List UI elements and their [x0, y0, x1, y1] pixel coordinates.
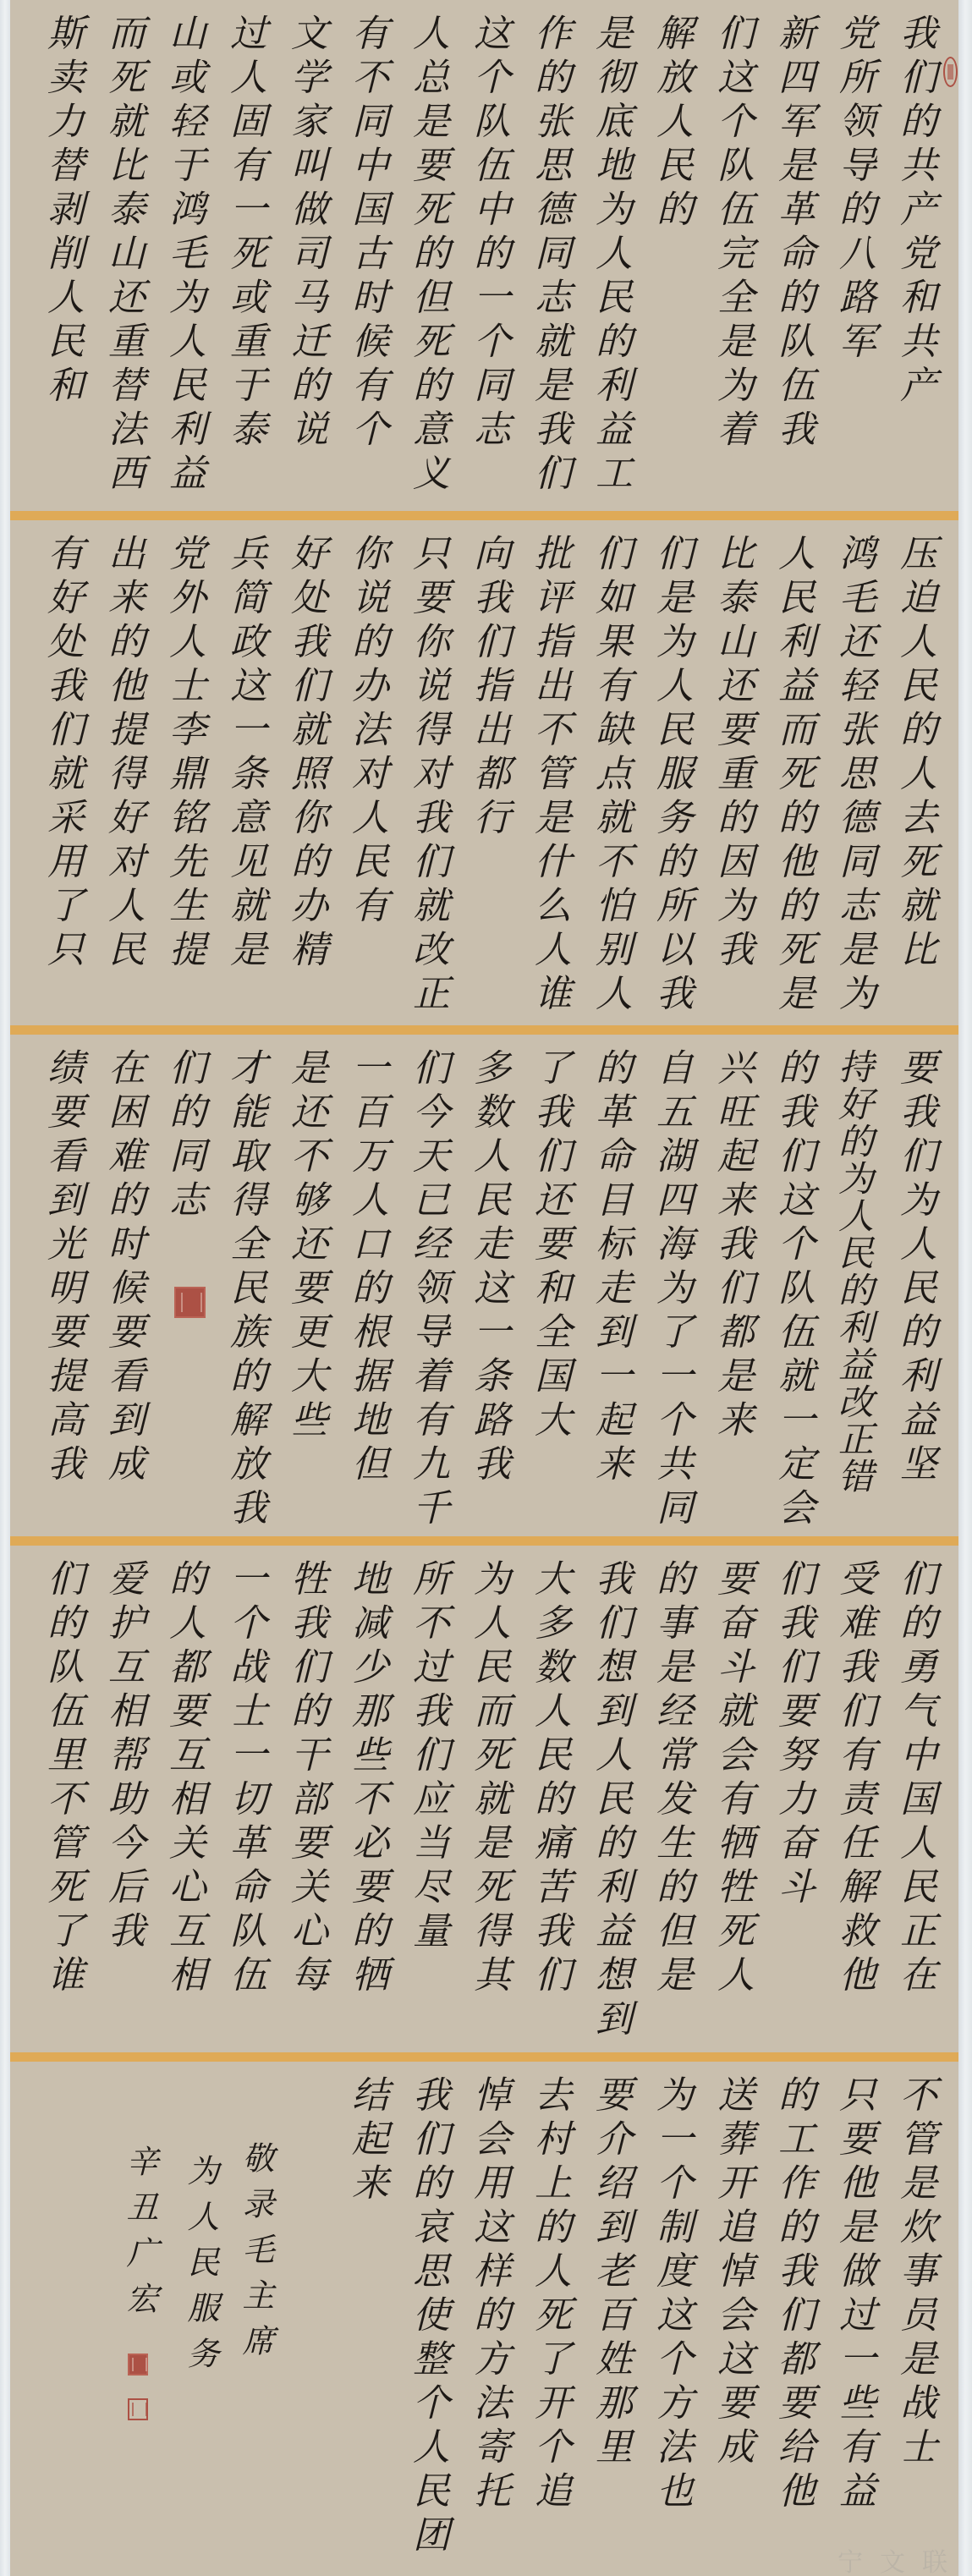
calligraphy-paper: 我们的共产党和共产 党所领导的八路军 新四军是革命的队伍我 们这个队伍完全是为着… [10, 0, 958, 2576]
text-column: 们的队伍里不管死了谁 [31, 1559, 92, 2052]
panel-4: 们的勇气中国人民正在 受难我们有责任解救他 们我们要努力奋斗 要奋斗就会有牺牲死… [10, 1546, 958, 2052]
text-column: 压迫人民的人去死就比 [884, 534, 945, 1025]
text-column: 们是为人民服务的所以我 [640, 534, 701, 1025]
text-column: 自五湖四海为了一个共同 [640, 1048, 701, 1536]
divider-band [10, 1025, 958, 1035]
text-column: 悼会用这样的方法寄托 [458, 2075, 519, 2576]
name-seal-outline-icon [128, 2398, 148, 2420]
text-column: 我们的哀思使整个人民团 [397, 2075, 458, 2576]
text-column: 是还不够还要更大些 [275, 1048, 336, 1536]
text-column: 们我们要努力奋斗 [762, 1559, 823, 2052]
text-column: 的革命目标走到一起来 [579, 1048, 640, 1536]
text-column: 的人都要互相关心互相 [153, 1559, 214, 2052]
text-column: 持好的为人民的利益改正错 [823, 1048, 884, 1536]
text-column: 有不同中国古时候有个 [336, 14, 397, 511]
text-column: 们如果有缺点就不怕别人 [579, 534, 640, 1025]
text-column: 鸿毛还轻张思德同志是为 [823, 534, 884, 1025]
text-column: 在困难的时候要看到成 [92, 1048, 153, 1536]
text-column: 文学家叫做司马迁的说 [275, 14, 336, 511]
text-column: 的工作的我们都要给他 [762, 2075, 823, 2576]
text-column: 爱护互相帮助今后我 [92, 1559, 153, 2052]
text-column: 要介绍到老百姓那里 [579, 2075, 640, 2576]
panel-1: 我们的共产党和共产 党所领导的八路军 新四军是革命的队伍我 们这个队伍完全是为着… [10, 0, 958, 511]
text-column: 多数人民走这一条路我 [458, 1048, 519, 1536]
text-column: 们的勇气中国人民正在 [884, 1559, 945, 2052]
text-column: 的事是经常发生的但是 [640, 1559, 701, 2052]
text-column: 大多数人民的痛苦我们 [519, 1559, 579, 2052]
scroll-photo: 我们的共产党和共产 党所领导的八路军 新四军是革命的队伍我 们这个队伍完全是为着… [0, 0, 972, 2576]
divider-band [10, 511, 958, 520]
text-column: 绩要看到光明要提高我 [31, 1048, 92, 1536]
text-column: 只要你说得对我们就改正 [397, 534, 458, 1025]
text-column: 要我们为人民的利益坚 [884, 1048, 945, 1536]
text-column: 党所领导的八路军 [823, 14, 884, 511]
panel-2: 压迫人民的人去死就比 鸿毛还轻张思德同志是为 人民利益而死的他的死是 比泰山还要… [10, 520, 958, 1025]
text-column: 才能取得全民族的解放我 [214, 1048, 275, 1536]
text-column: 结起来 [336, 2075, 397, 2576]
text-column: 党外人士李鼎铭先生提 [153, 534, 214, 1025]
seal-icon [174, 1287, 206, 1318]
divider-band [10, 2052, 958, 2062]
text-column: 新四军是革命的队伍我 [762, 14, 823, 511]
text-column: 的我们这个队伍就一定会 [762, 1048, 823, 1536]
text-column: 我们想到人民的利益想到 [579, 1559, 640, 2052]
text-column: 去村上的人死了开个追 [519, 2075, 579, 2576]
divider-band [10, 1536, 958, 1546]
inscription-signature: 辛丑广宏 [118, 2145, 162, 2327]
frame-edge [958, 0, 972, 2576]
text-column: 只要他是做过一些有益 [823, 2075, 884, 2576]
text-column: 你说的办法对人民有 [336, 534, 397, 1025]
text-column: 受难我们有责任解救他 [823, 1559, 884, 2052]
name-seal-icon [128, 2354, 148, 2376]
text-column: 们这个队伍完全是为着 [701, 14, 762, 511]
inscription-title: 为人民服务 [178, 2154, 222, 2382]
text-column: 地减少那些不必要的牺 [336, 1559, 397, 2052]
text-column: 所不过我们应当尽量 [397, 1559, 458, 2052]
text-column: 要奋斗就会有牺牲死人 [701, 1559, 762, 2052]
text-column: 兴旺起来我们都是来 [701, 1048, 762, 1536]
text-column: 出来的他提得好对人民 [92, 534, 153, 1025]
text-column: 解放人民的 [640, 14, 701, 511]
text-column: 们今天已经领导着有九千 [397, 1048, 458, 1536]
text-column: 有好处我们就采用了只 [31, 534, 92, 1025]
text-column: 送葬开追悼会这要成 [701, 2075, 762, 2576]
panel-3: 要我们为人民的利益坚 持好的为人民的利益改正错 的我们这个队伍就一定会 兴旺起来… [10, 1035, 958, 1536]
text-column: 是彻底地为人民的利益工 [579, 14, 640, 511]
text-column: 过人固有一死或重于泰 [214, 14, 275, 511]
text-column: 好处我们就照你的办精 [275, 534, 336, 1025]
text-column: 人总是要死的但死的意义 [397, 14, 458, 511]
text-column: 为人民而死就是死得其 [458, 1559, 519, 2052]
text-column: 向我们指出都行 [458, 534, 519, 1025]
text-column: 不管是炊事员是战士 [884, 2075, 945, 2576]
text-column: 我们的共产党和共产 [884, 14, 945, 511]
text-column: 牲我们的干部要关心每 [275, 1559, 336, 2052]
text-column: 一个战士一切革命队伍 [214, 1559, 275, 2052]
text-column: 比泰山还要重的因为我 [701, 534, 762, 1025]
text-column: 批评指出不管是什么人谁 [519, 534, 579, 1025]
text-column: 而死就比泰山还重替法西 [92, 14, 153, 511]
text-column: 为一个制度这个方法也 [640, 2075, 701, 2576]
text-column: 作的张思德同志就是我们 [519, 14, 579, 511]
text-column: 兵简政这一条意见就是 [214, 534, 275, 1025]
text-column: 山或轻于鸿毛为人民利益 [153, 14, 214, 511]
text-column: 斯卖力替剥削人民和 [31, 14, 92, 511]
watermark: 宁文联 [837, 2541, 958, 2576]
text-column: 了我们还要和全国大 [519, 1048, 579, 1536]
text-column: 人民利益而死的他的死是 [762, 534, 823, 1025]
inscription-dedication: 敬录毛主席 [233, 2141, 277, 2370]
text-column: 一百万人口的根据地但 [336, 1048, 397, 1536]
text-column: 这个队伍中的一个同志 [458, 14, 519, 511]
